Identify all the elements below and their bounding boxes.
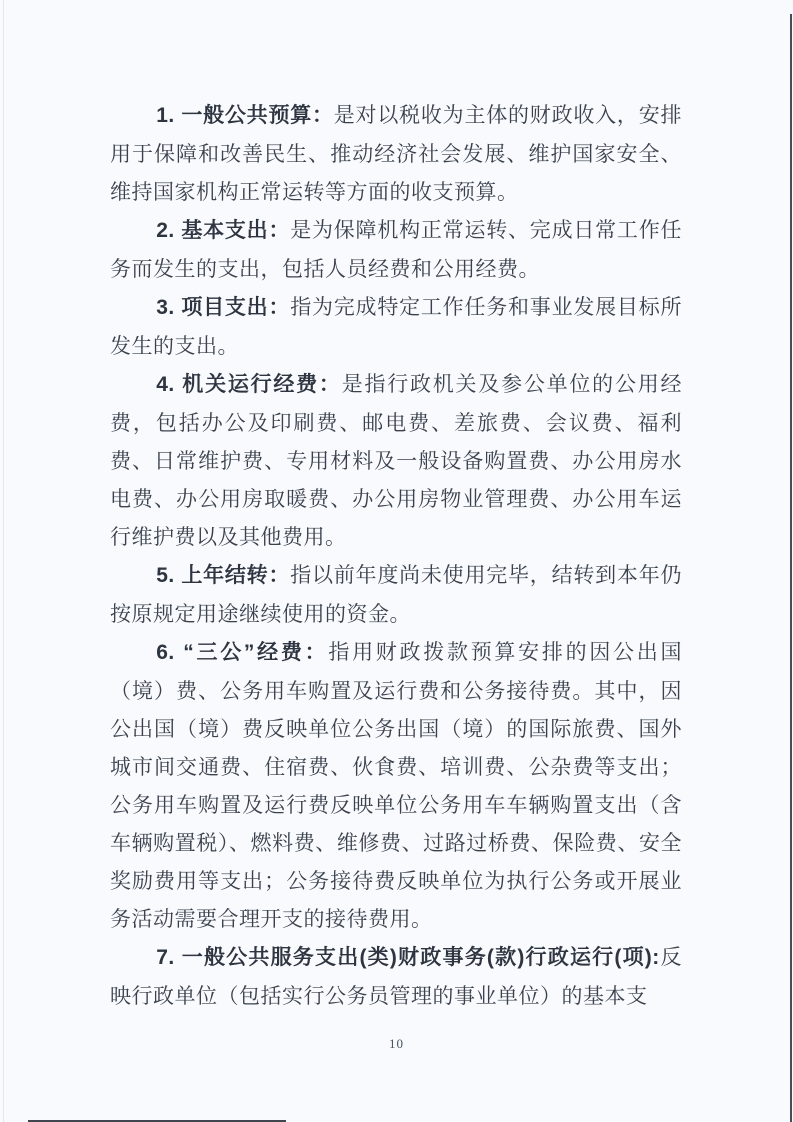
definition-paragraph-general-public-service-expenditure: 7. 一般公共服务支出(类)财政事务(款)行政运行(项):反映行政单位（包括实行… xyxy=(110,938,682,1015)
definition-paragraph-carryover-funds: 5. 上年结转：指以前年度尚未使用完毕，结转到本年仍按原规定用途继续使用的资金。 xyxy=(110,556,682,633)
term-label: 3. 项目支出： xyxy=(156,296,290,319)
definition-paragraph-general-public-budget: 1. 一般公共预算：是对以税收为主体的财政收入，安排用于保障和改善民生、推动经济… xyxy=(110,96,682,211)
definition-paragraph-three-public-expenses: 6. “三公”经费：指用财政拨款预算安排的因公出国（境）费、公务用车购置及运行费… xyxy=(110,633,682,938)
term-definition: 指用财政拨款预算安排的因公出国（境）费、公务用车购置及运行费和公务接待费。其中，… xyxy=(110,640,682,931)
document-page: 1. 一般公共预算：是对以税收为主体的财政收入，安排用于保障和改善民生、推动经济… xyxy=(0,0,793,1122)
definition-paragraph-project-expenditure: 3. 项目支出：指为完成特定工作任务和事业发展目标所发生的支出。 xyxy=(110,288,682,365)
document-body: 1. 一般公共预算：是对以税收为主体的财政收入，安排用于保障和改善民生、推动经济… xyxy=(110,96,682,1015)
term-definition: 是指行政机关及参公单位的公用经费，包括办公及印刷费、邮电费、差旅费、会议费、福利… xyxy=(110,372,682,549)
definition-paragraph-agency-operating-funds: 4. 机关运行经费：是指行政机关及参公单位的公用经费，包括办公及印刷费、邮电费、… xyxy=(110,365,682,556)
term-label: 6. “三公”经费： xyxy=(156,641,328,664)
term-label: 7. 一般公共服务支出(类)财政事务(款)行政运行(项): xyxy=(156,946,660,969)
scan-right-edge-line xyxy=(790,14,792,1122)
definition-paragraph-basic-expenditure: 2. 基本支出：是为保障机构正常运转、完成日常工作任务而发生的支出，包括人员经费… xyxy=(110,211,682,288)
term-label: 1. 一般公共预算： xyxy=(156,104,334,127)
term-label: 4. 机关运行经费： xyxy=(156,373,342,396)
term-label: 5. 上年结转： xyxy=(156,564,290,587)
page-number: 10 xyxy=(0,1036,793,1052)
term-label: 2. 基本支出： xyxy=(156,219,290,242)
scan-left-edge-line xyxy=(3,0,4,1122)
